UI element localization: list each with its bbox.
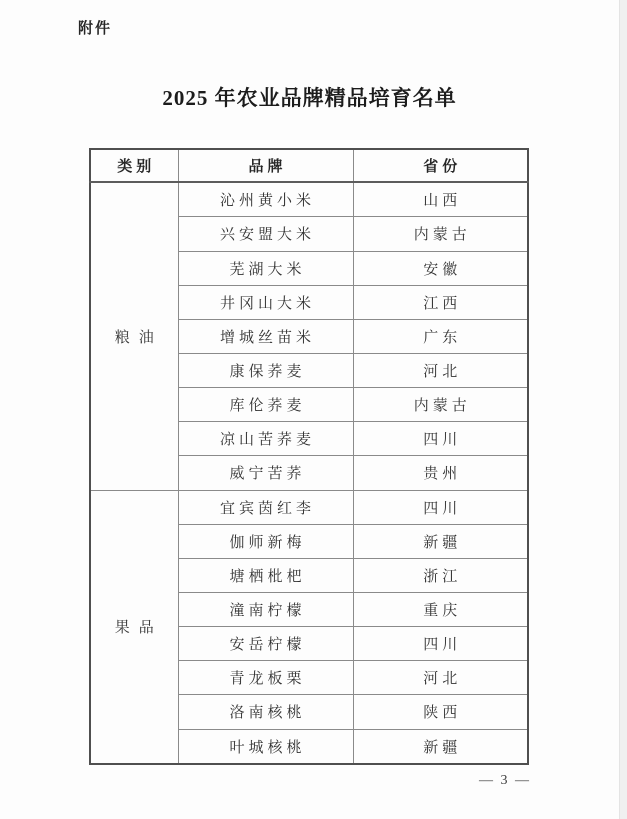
brand-cell: 塘栖枇杷: [178, 558, 353, 592]
province-cell: 陕西: [353, 695, 528, 729]
province-cell: 内蒙古: [353, 217, 528, 251]
brand-cell: 井冈山大米: [178, 285, 353, 319]
province-cell: 新疆: [353, 524, 528, 558]
brand-cell: 伽师新梅: [178, 524, 353, 558]
brand-cell: 芜湖大米: [178, 251, 353, 285]
brand-cell: 青龙板栗: [178, 661, 353, 695]
table-row: 粮油 沁州黄小米 山西: [90, 182, 528, 217]
brand-cell: 库伦荞麦: [178, 388, 353, 422]
col-header-category: 类别: [90, 149, 178, 182]
attachment-label: 附件: [78, 17, 112, 38]
brand-cell: 叶城核桃: [178, 729, 353, 764]
page-edge-shadow: [619, 0, 627, 819]
page-number: — 3 —: [479, 773, 531, 789]
brand-list-table: 类别 品牌 省份 粮油 沁州黄小米 山西 兴安盟大米 内蒙古 芜湖大米 安徽 井…: [89, 148, 529, 765]
brand-cell: 增城丝苗米: [178, 319, 353, 353]
category-cell-fruit: 果品: [90, 490, 178, 764]
province-cell: 四川: [353, 490, 528, 524]
brand-cell: 兴安盟大米: [178, 217, 353, 251]
brand-cell: 宜宾茵红李: [178, 490, 353, 524]
province-cell: 内蒙古: [353, 388, 528, 422]
province-cell: 河北: [353, 661, 528, 695]
brand-cell: 潼南柠檬: [178, 592, 353, 626]
brand-cell: 凉山苦荞麦: [178, 422, 353, 456]
table-header-row: 类别 品牌 省份: [90, 149, 528, 182]
province-cell: 四川: [353, 422, 528, 456]
col-header-brand: 品牌: [178, 149, 353, 182]
document-page: 附件 2025 年农业品牌精品培育名单 类别 品牌 省份 粮油 沁州黄小米 山西…: [0, 0, 627, 819]
brand-cell: 康保荞麦: [178, 353, 353, 387]
brand-cell: 安岳柠檬: [178, 627, 353, 661]
province-cell: 重庆: [353, 592, 528, 626]
category-cell-grain-oil: 粮油: [90, 182, 178, 490]
brand-cell: 沁州黄小米: [178, 182, 353, 217]
col-header-province: 省份: [353, 149, 528, 182]
province-cell: 新疆: [353, 729, 528, 764]
province-cell: 广东: [353, 319, 528, 353]
brand-cell: 威宁苦荞: [178, 456, 353, 490]
page-title: 2025 年农业品牌精品培育名单: [0, 82, 619, 112]
province-cell: 山西: [353, 182, 528, 217]
province-cell: 河北: [353, 353, 528, 387]
province-cell: 江西: [353, 285, 528, 319]
brand-cell: 洛南核桃: [178, 695, 353, 729]
province-cell: 浙江: [353, 558, 528, 592]
province-cell: 四川: [353, 627, 528, 661]
province-cell: 贵州: [353, 456, 528, 490]
table-row: 果品 宜宾茵红李 四川: [90, 490, 528, 524]
province-cell: 安徽: [353, 251, 528, 285]
